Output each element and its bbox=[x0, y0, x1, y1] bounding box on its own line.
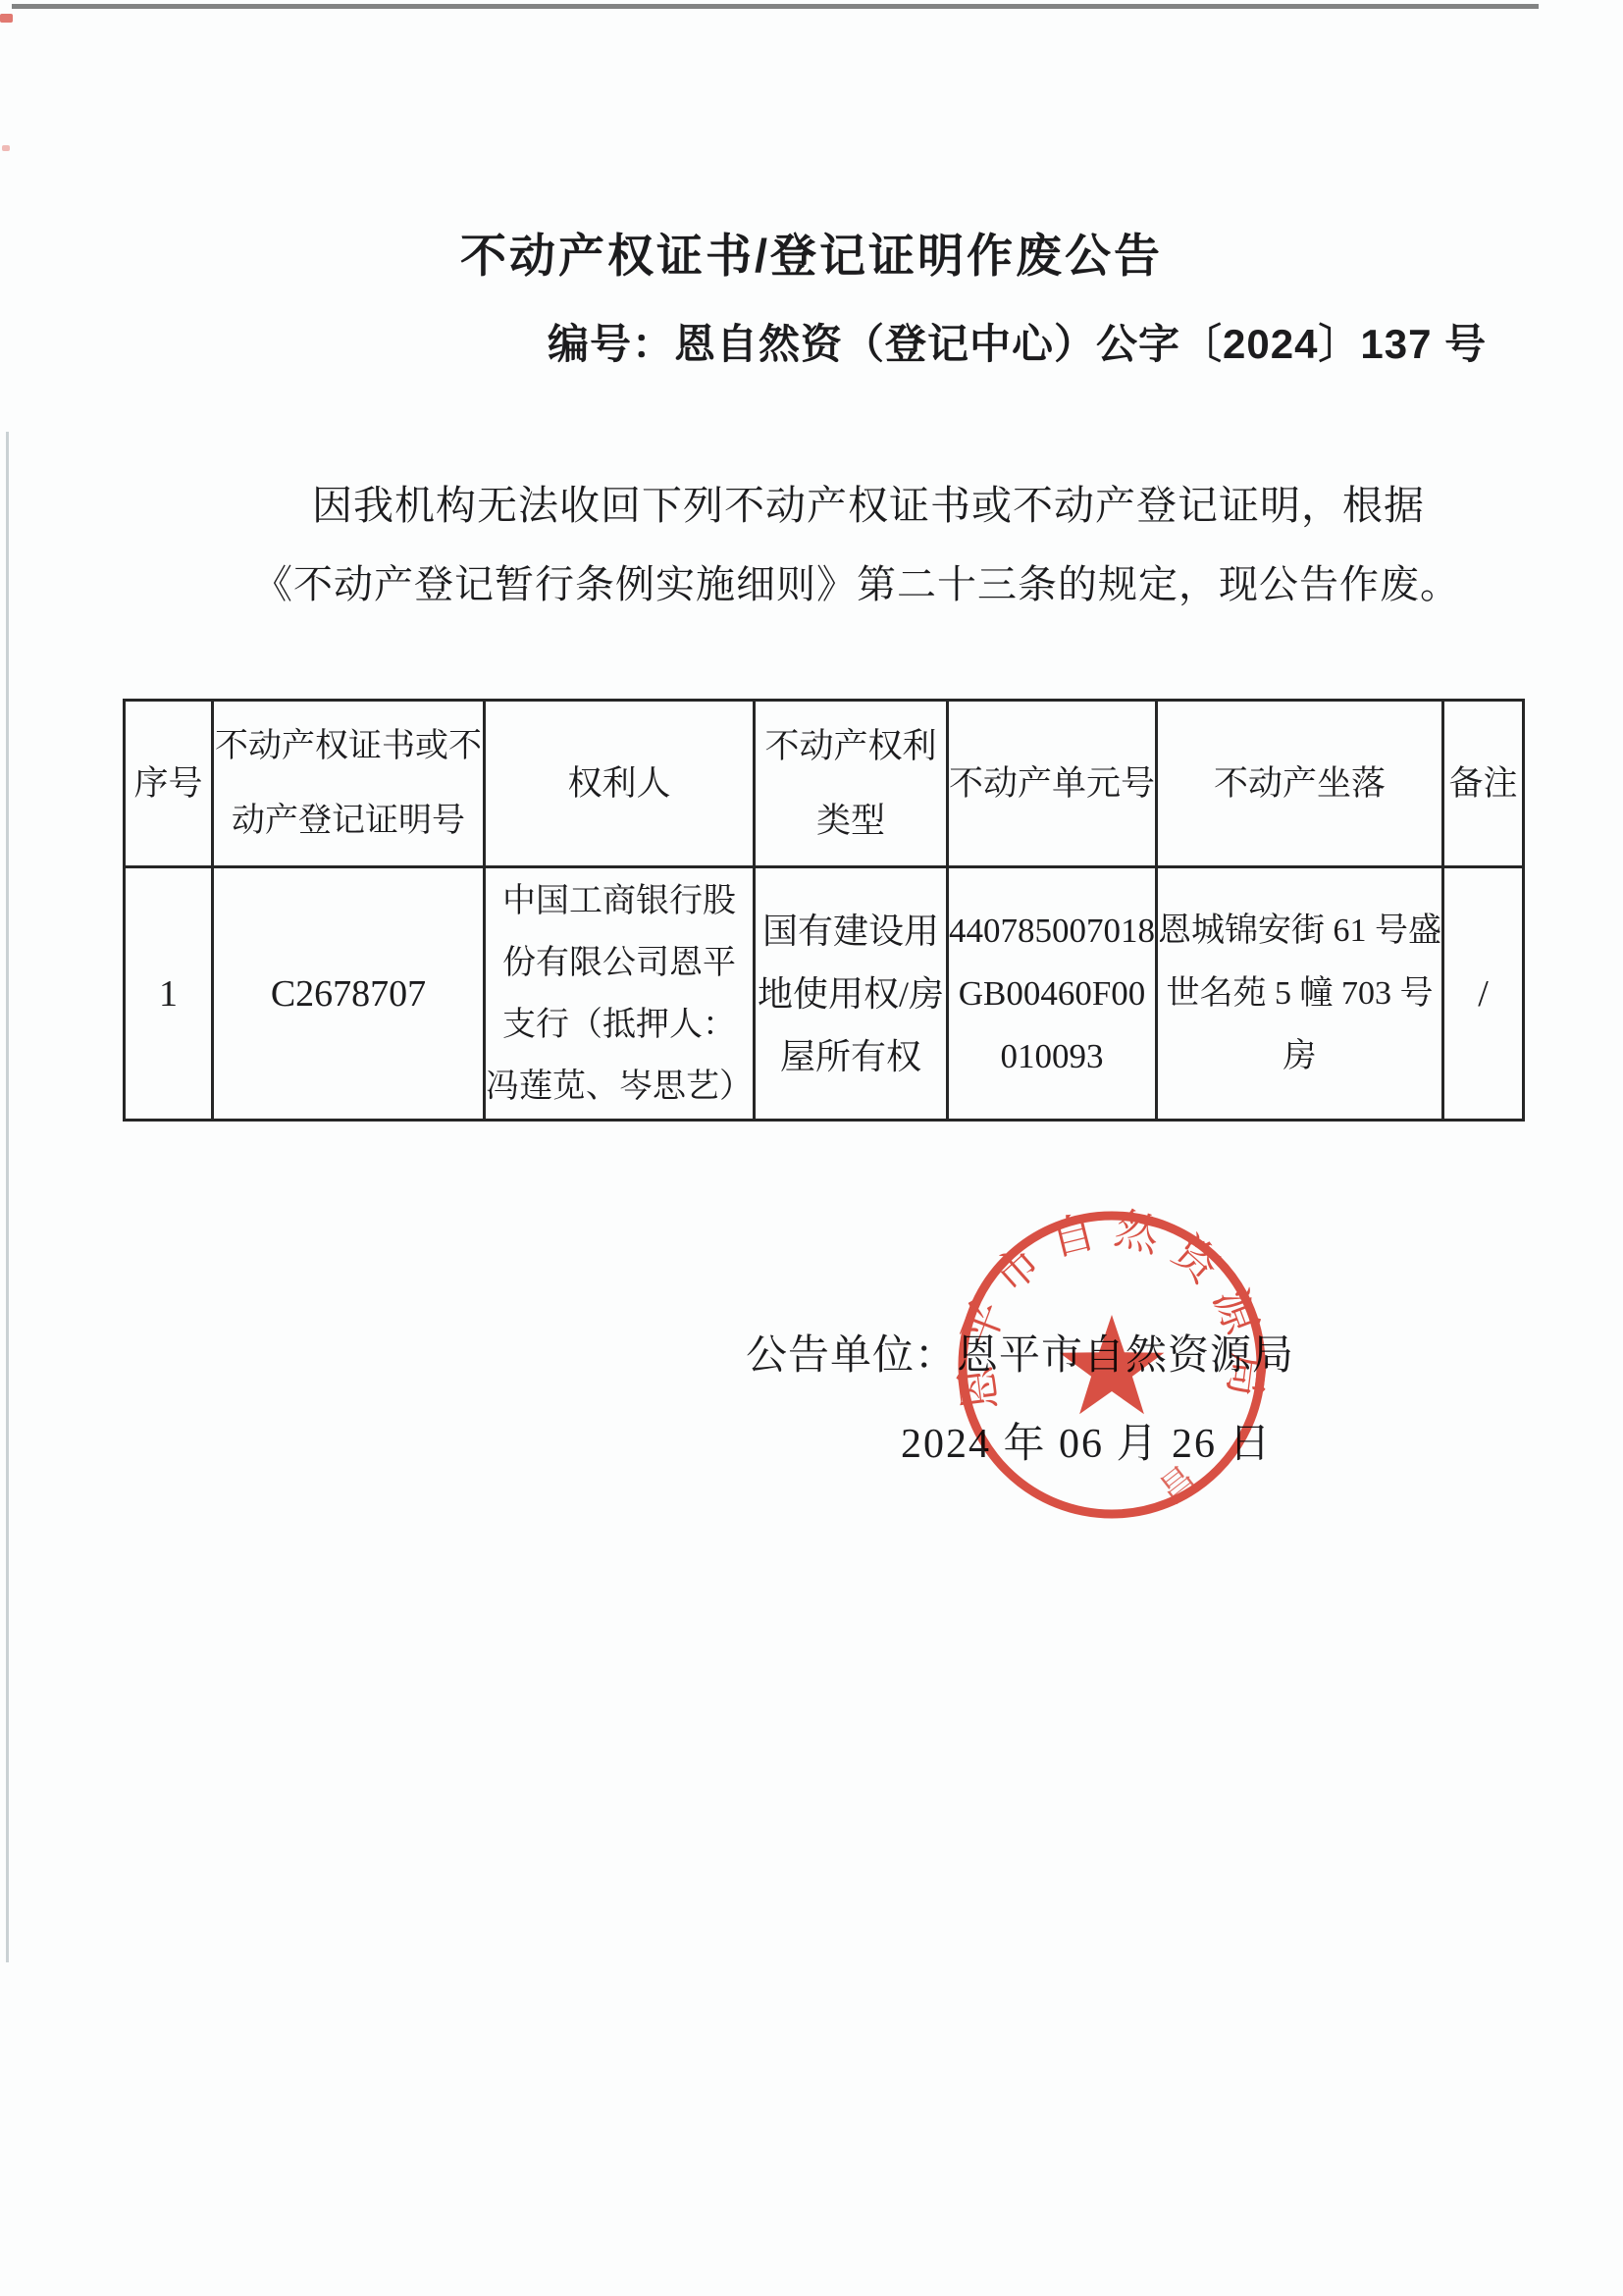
scan-red-mark bbox=[0, 14, 13, 23]
notice-doc-number: 编号：恩自然资（登记中心）公字〔2024〕137 号 bbox=[548, 312, 1487, 371]
footer-issuer: 公告单位：恩平市自然资源局 bbox=[746, 1323, 1294, 1382]
header-unit-no: 不动产单元号 bbox=[948, 701, 1157, 867]
cell-unit-no: 440785007018 GB00460F00 010093 bbox=[948, 867, 1157, 1121]
header-holder: 权利人 bbox=[485, 701, 755, 867]
header-seq: 序号 bbox=[125, 701, 213, 867]
header-remark: 备注 bbox=[1443, 701, 1524, 867]
cell-cert-no: C2678707 bbox=[213, 867, 485, 1121]
cell-right-type: 国有建设用 地使用权/房 屋所有权 bbox=[755, 867, 948, 1121]
notice-body-line-1: 因我机构无法收回下列不动产权证书或不动产登记证明，根据 bbox=[312, 473, 1425, 531]
header-right-type: 不动产权利 类型 bbox=[755, 701, 948, 867]
cell-holder: 中国工商银行股 份有限公司恩平 支行（抵押人： 冯莲苋、岑思艺） bbox=[485, 867, 755, 1121]
table-row: 1 C2678707 中国工商银行股 份有限公司恩平 支行（抵押人： 冯莲苋、岑… bbox=[125, 867, 1524, 1121]
scan-red-mark bbox=[2, 145, 10, 151]
invalidated-certificates-table: 序号 不动产权证书或不 动产登记证明号 权利人 不动产权利 类型 不动产单元号 … bbox=[123, 699, 1525, 1122]
scan-top-edge-line bbox=[12, 4, 1539, 9]
table-header-row: 序号 不动产权证书或不 动产登记证明号 权利人 不动产权利 类型 不动产单元号 … bbox=[125, 701, 1524, 867]
footer-date: 2024 年 06 月 26 日 bbox=[901, 1411, 1273, 1470]
scan-left-edge-shadow bbox=[6, 432, 9, 1962]
seal-ring-text: 恩平市自然资源局 bbox=[951, 1204, 1274, 1414]
header-cert-no: 不动产权证书或不 动产登记证明号 bbox=[213, 701, 485, 867]
notice-body-line-2: 《不动产登记暂行条例实施细则》第二十三条的规定，现公告作废。 bbox=[253, 553, 1460, 609]
notice-title: 不动产权证书/登记证明作废公告 bbox=[0, 220, 1623, 286]
cell-location: 恩城锦安街 61 号盛 世名苑 5 幢 703 号 房 bbox=[1157, 867, 1443, 1121]
cell-remark: / bbox=[1443, 867, 1524, 1121]
scanned-notice-page: 不动产权证书/登记证明作废公告 编号：恩自然资（登记中心）公字〔2024〕137… bbox=[0, 0, 1623, 2296]
cell-seq: 1 bbox=[125, 867, 213, 1121]
header-location: 不动产坐落 bbox=[1157, 701, 1443, 867]
